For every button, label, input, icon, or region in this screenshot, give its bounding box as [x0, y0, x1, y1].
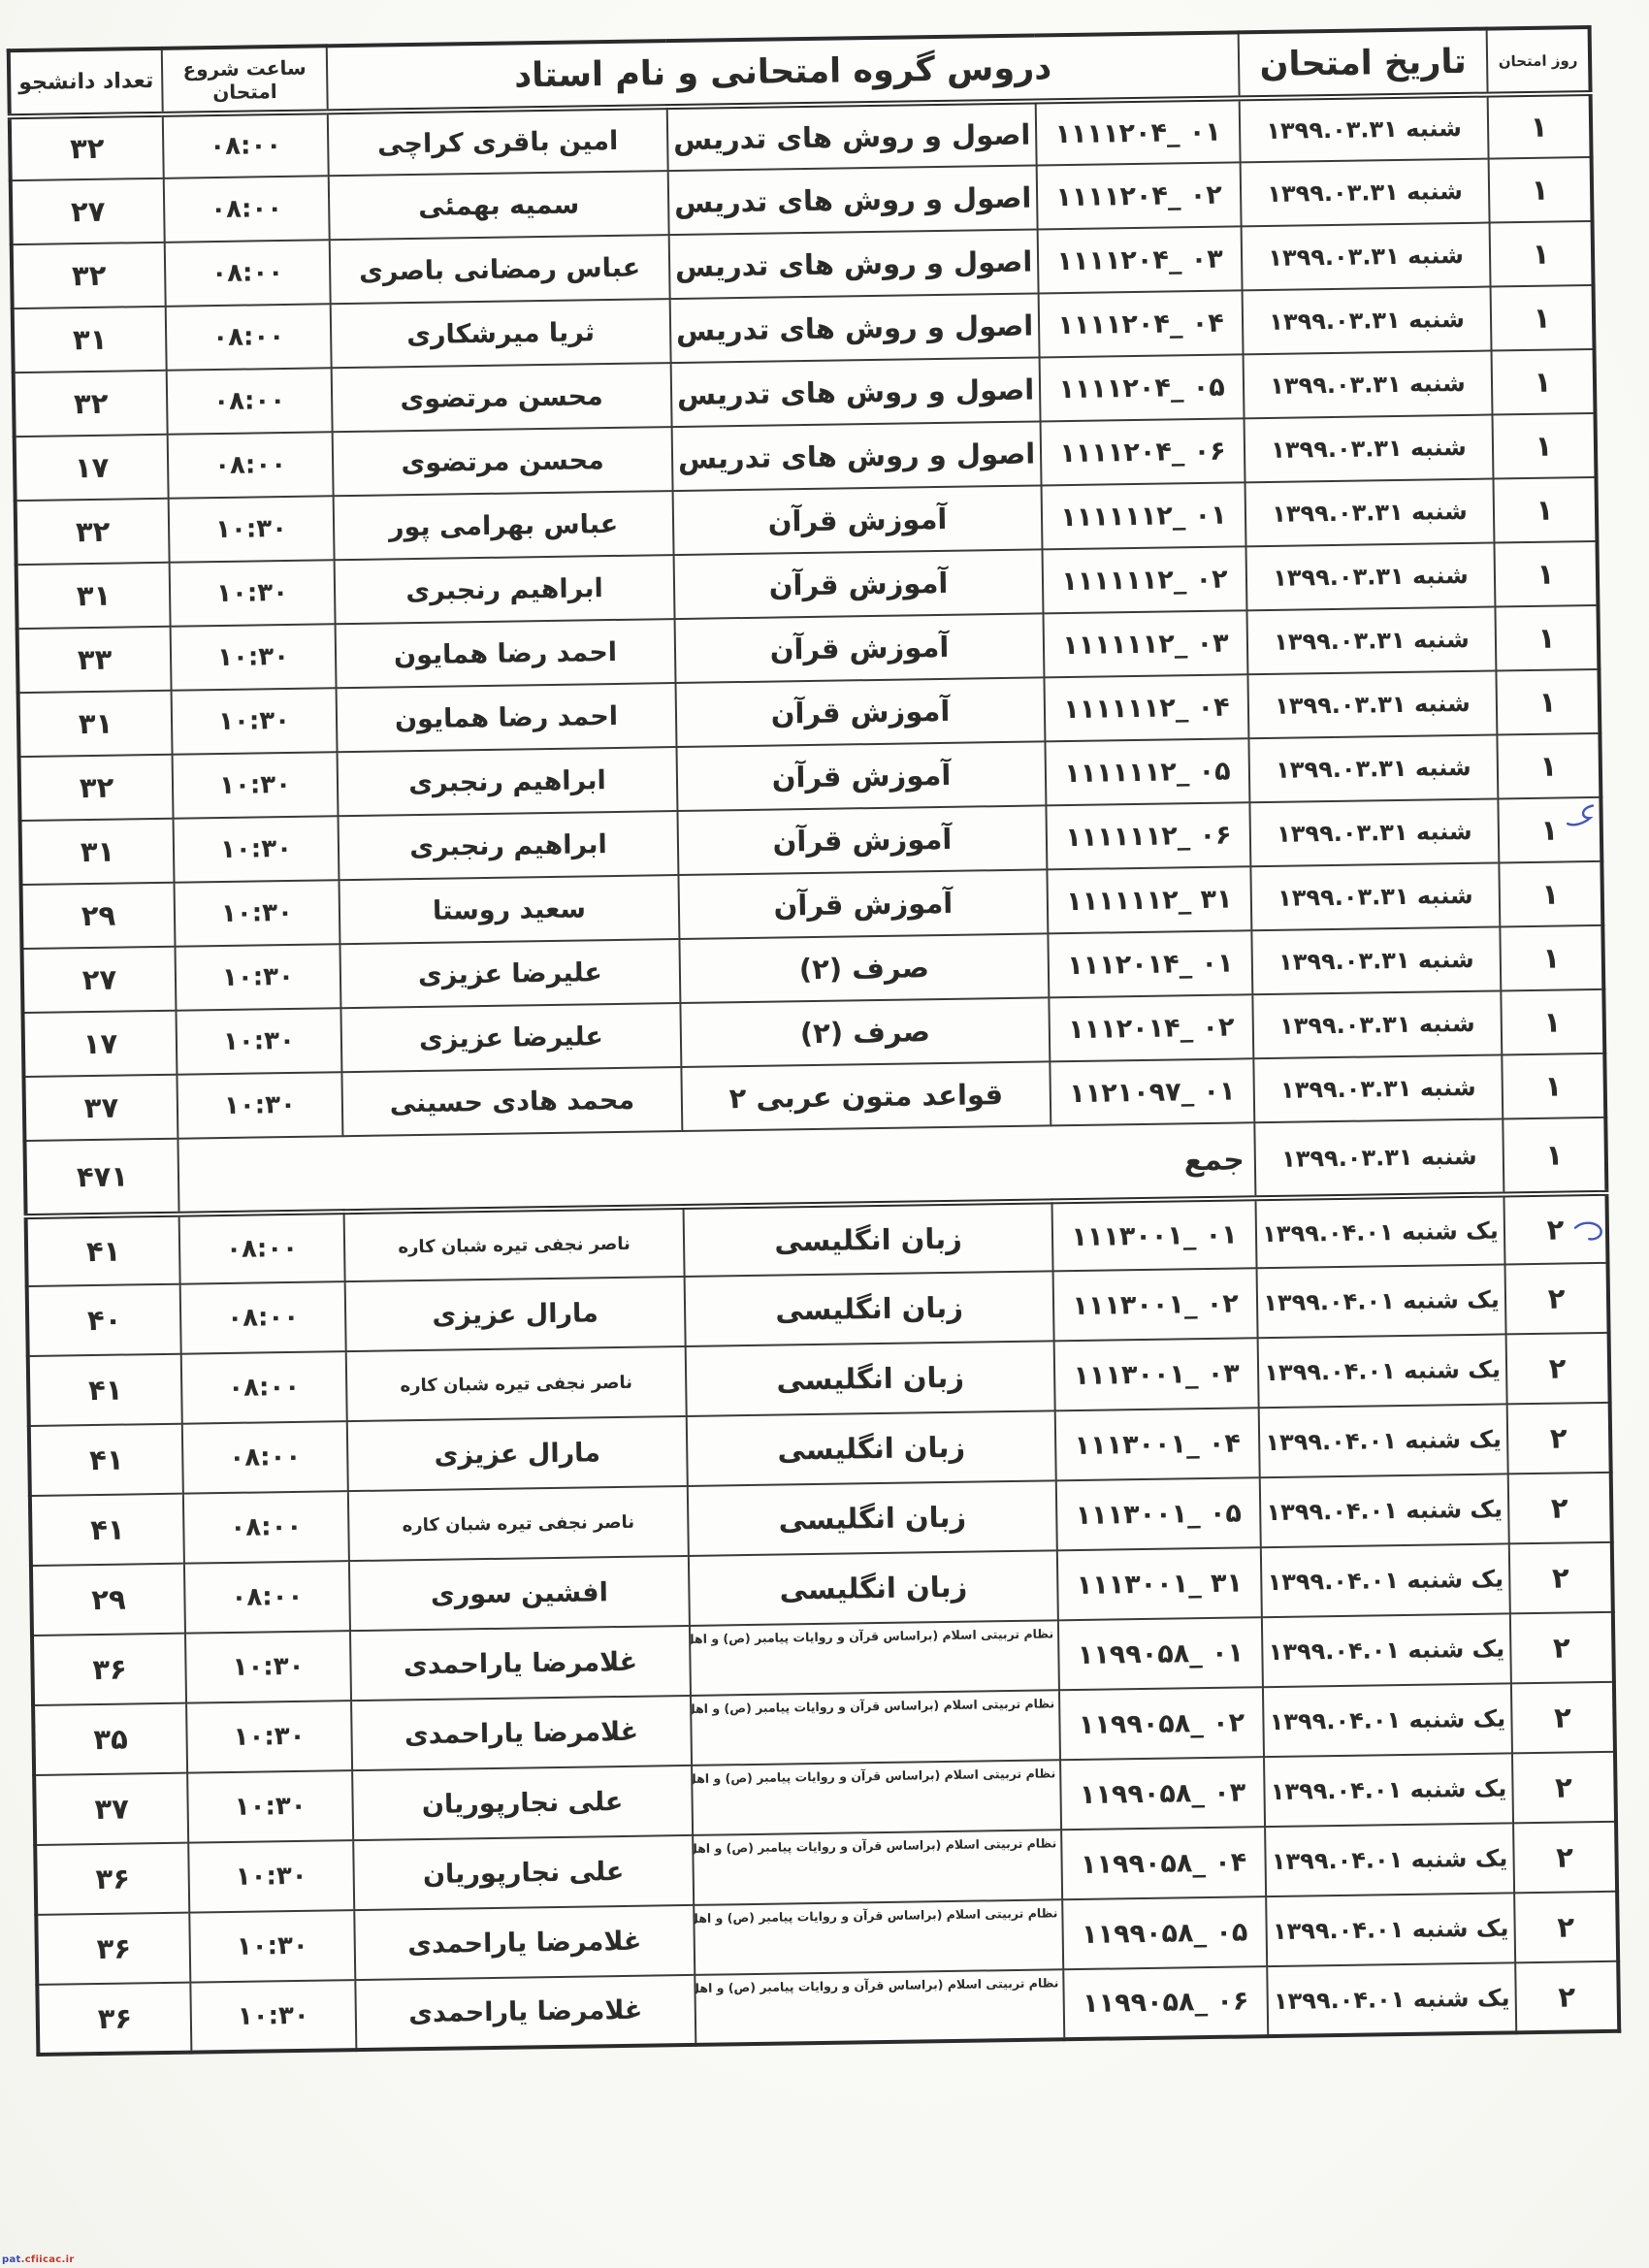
exam-day-number: ۱ — [1489, 157, 1593, 223]
student-count: ۳۲ — [14, 371, 168, 437]
professor-name: ناصر نجفی تیره شبان کاره — [344, 1207, 685, 1281]
course-code: ۱۱۱۱۲۰۴_ ۰۵ — [1040, 354, 1245, 421]
student-count: ۴۱ — [28, 1354, 182, 1426]
course-name: زبان انگلیسی — [687, 1410, 1056, 1486]
student-count: ۳۲ — [16, 499, 170, 565]
exam-date: شنبه ۱۳۹۹.۰۳.۳۱ — [1246, 607, 1496, 675]
exam-day-number: ۲ — [1511, 1682, 1615, 1754]
course-name: زبان انگلیسی — [684, 1201, 1053, 1277]
course-name: اصول و روش های تدریس — [671, 357, 1041, 427]
student-count: ۲۹ — [31, 1564, 185, 1636]
start-time: ۱۰:۳۰ — [186, 1701, 352, 1773]
student-count: ۳۶ — [35, 1843, 189, 1915]
student-count: ۳۶ — [32, 1634, 186, 1705]
student-count: ۳۱ — [16, 563, 171, 629]
exam-date: شنبه ۱۳۹۹.۰۳.۳۱ — [1245, 479, 1495, 547]
course-code: ۱۱۹۹۰۵۸_ ۰۵ — [1062, 1896, 1267, 1969]
start-time: ۱۰:۳۰ — [177, 1072, 342, 1139]
course-code: ۱۱۱۱۲۰۴_ ۰۳ — [1038, 226, 1243, 293]
course-name: قواعد متون عربی ۲ — [681, 1061, 1051, 1131]
exam-date: شنبه ۱۳۹۹.۰۳.۳۱ — [1251, 926, 1501, 994]
exam-date: یک شنبه ۱۳۹۹.۰۴.۰۱ — [1257, 1264, 1506, 1338]
professor-name: ثریا میرشکاری — [331, 299, 671, 368]
professor-name: عباس بهرامی پور — [334, 491, 674, 560]
exam-day-number: ۲ — [1509, 1542, 1613, 1614]
exam-date: یک شنبه ۱۳۹۹.۰۴.۰۱ — [1260, 1474, 1509, 1547]
course-name: نظام تربیتی اسلام (براساس قرآن و روایات … — [695, 1969, 1064, 2045]
exam-date: یک شنبه ۱۳۹۹.۰۴.۰۱ — [1259, 1404, 1508, 1477]
course-code: ۱۱۱۱۱۱۲_ ۰۱ — [1042, 482, 1246, 549]
exam-day-number: ۲ — [1513, 1822, 1617, 1894]
start-time: ۰۸:۰۰ — [166, 304, 332, 371]
site-watermark-part2: .cfiicac.ir — [21, 2254, 75, 2265]
start-time: ۱۰:۳۰ — [187, 1770, 353, 1843]
exam-day-number: ۲ — [1507, 1403, 1611, 1474]
student-count: ۴۰ — [27, 1284, 181, 1356]
header-exam-day: روز امتحان — [1487, 27, 1591, 95]
exam-day-number: ۲ — [1508, 1473, 1612, 1544]
student-count: ۳۲ — [10, 114, 164, 180]
exam-day-number: ۱ — [1496, 669, 1600, 735]
course-code: ۱۱۱۲۰۱۴_ ۰۱ — [1048, 930, 1252, 997]
professor-name: محسن مرتضوی — [333, 427, 673, 496]
exam-date: شنبه ۱۳۹۹.۰۳.۳۱ — [1254, 1118, 1503, 1198]
professor-name: ناصر نجفی تیره شبان کاره — [348, 1486, 689, 1561]
exam-table-body: ۱شنبه ۱۳۹۹.۰۳.۳۱۱۱۱۱۲۰۴_ ۰۱اصول و روش ها… — [10, 93, 1619, 2055]
professor-name: ابراهیم رنجبری — [338, 747, 678, 816]
professor-name: سعید روستا — [339, 875, 679, 944]
exam-date: شنبه ۱۳۹۹.۰۳.۳۱ — [1250, 862, 1500, 930]
course-name: نظام تربیتی اسلام (براساس قرآن و روایات … — [691, 1690, 1060, 1766]
header-student-count: تعداد دانشجو — [9, 49, 163, 116]
student-count: ۳۶ — [37, 1983, 191, 2055]
student-count: ۳۱ — [18, 691, 173, 757]
exam-schedule-table: روز امتحان تاریخ امتحان دروس گروه امتحان… — [7, 25, 1622, 2057]
exam-day-number: ۱ — [1503, 1118, 1606, 1195]
student-count: ۳۲ — [19, 755, 174, 821]
course-code: ۱۱۱۱۲۰۴_ ۰۶ — [1041, 418, 1245, 485]
exam-date: شنبه ۱۳۹۹.۰۳.۳۱ — [1241, 159, 1490, 227]
exam-day-number: ۲ — [1515, 1961, 1619, 2033]
professor-name: مارال عزیزی — [347, 1416, 688, 1491]
professor-name: علیرضا عزیزی — [340, 1003, 681, 1072]
professor-name: عباس رمضانی باصری — [330, 235, 670, 304]
course-code: ۱۱۱۳۰۰۱_ ۰۵ — [1056, 1477, 1261, 1550]
start-time: ۰۸:۰۰ — [182, 1421, 348, 1494]
start-time: ۱۰:۳۰ — [172, 688, 338, 755]
exam-day-number: ۱ — [1491, 285, 1595, 351]
course-name: صرف (۲) — [679, 933, 1049, 1003]
course-name: آموزش قرآن — [675, 613, 1045, 683]
course-name: زبان انگلیسی — [686, 1341, 1055, 1416]
exam-day-number: ۱ — [1493, 477, 1597, 543]
start-time: ۱۰:۳۰ — [176, 1008, 341, 1075]
course-name: زبان انگلیسی — [688, 1480, 1057, 1556]
header-start-time: ساعت شروع امتحان — [162, 46, 328, 114]
exam-date: شنبه ۱۳۹۹.۰۳.۳۱ — [1247, 670, 1497, 738]
course-code: ۱۱۹۹۰۵۸_ ۰۴ — [1061, 1827, 1266, 1899]
professor-name: سمیه بهمئی — [329, 171, 669, 240]
site-watermark-part1: pat — [2, 2254, 21, 2265]
exam-day-number: ۱ — [1497, 733, 1600, 799]
exam-day-number: ۲ — [1512, 1752, 1616, 1824]
professor-name: افشین سوری — [349, 1556, 690, 1631]
exam-day-number: ۱ — [1500, 925, 1603, 991]
course-code: ۱۱۱۱۲۰۴_ ۰۱ — [1036, 98, 1241, 165]
start-time: ۰۸:۰۰ — [163, 112, 329, 178]
scanned-exam-schedule-page: روز امتحان تاریخ امتحان دروس گروه امتحان… — [0, 0, 1649, 2268]
exam-date: شنبه ۱۳۹۹.۰۳.۳۱ — [1245, 415, 1494, 483]
professor-name: امین باقری کراچی — [328, 107, 668, 176]
exam-date: یک شنبه ۱۳۹۹.۰۴.۰۱ — [1266, 1893, 1515, 1966]
start-time: ۱۰:۳۰ — [169, 496, 335, 563]
course-code: ۱۱۱۱۱۱۲_ ۰۲ — [1043, 546, 1247, 613]
exam-day-number: ۲ — [1503, 1193, 1607, 1265]
course-code: ۱۱۹۹۰۵۸_ ۰۶ — [1063, 1966, 1268, 2039]
course-code: ۱۱۲۱۰۹۷_ ۰۱ — [1050, 1058, 1254, 1125]
start-time: ۱۰:۳۰ — [189, 1910, 355, 1983]
exam-day-number: ۲ — [1510, 1612, 1614, 1684]
student-count: ۳۲ — [12, 243, 166, 308]
course-name: آموزش قرآن — [677, 741, 1047, 811]
course-code: ۱۱۹۹۰۵۸_ ۰۱ — [1058, 1617, 1263, 1690]
start-time: ۰۸:۰۰ — [168, 432, 334, 499]
professor-name: غلامرضا یاراحمدی — [354, 1905, 695, 1980]
start-time: ۱۰:۳۰ — [174, 816, 339, 883]
course-code: ۱۱۱۱۱۱۲_ ۰۵ — [1045, 738, 1249, 805]
exam-date: شنبه ۱۳۹۹.۰۳.۳۱ — [1243, 287, 1492, 355]
student-count: ۲۷ — [22, 947, 177, 1013]
student-count: ۲۹ — [21, 883, 176, 949]
exam-date: شنبه ۱۳۹۹.۰۳.۳۱ — [1240, 95, 1489, 163]
course-name: نظام تربیتی اسلام (براساس قرآن و روایات … — [694, 1899, 1063, 1975]
exam-date: یک شنبه ۱۳۹۹.۰۴.۰۱ — [1265, 1823, 1514, 1896]
exam-day-number: ۱ — [1495, 605, 1599, 671]
course-code: ۱۱۱۳۰۰۱_ ۰۴ — [1055, 1408, 1260, 1480]
professor-name: علی نجارپوریان — [353, 1835, 694, 1910]
exam-date: یک شنبه ۱۳۹۹.۰۴.۰۱ — [1261, 1543, 1510, 1617]
student-count: ۴۷۱ — [24, 1139, 178, 1216]
start-time: ۱۰:۳۰ — [190, 1980, 356, 2053]
student-count: ۳۷ — [34, 1773, 188, 1845]
course-code: ۱۱۱۳۰۰۱_ ۰۲ — [1053, 1268, 1258, 1341]
start-time: ۰۸:۰۰ — [184, 1561, 350, 1634]
course-code: ۱۱۹۹۰۵۸_ ۰۳ — [1060, 1757, 1265, 1830]
professor-name: مارال عزیزی — [345, 1277, 686, 1351]
student-count: ۳۱ — [20, 819, 175, 885]
exam-day-number: ۱ — [1499, 861, 1602, 927]
start-time: ۱۰:۳۰ — [185, 1631, 351, 1703]
start-time: ۱۰:۳۰ — [173, 752, 339, 819]
course-name: صرف (۲) — [680, 997, 1050, 1067]
professor-name: محمد هادی حسینی — [341, 1067, 682, 1136]
exam-day-number: ۲ — [1505, 1263, 1609, 1335]
start-time: ۰۸:۰۰ — [165, 240, 331, 307]
exam-day-number: ۱ — [1498, 797, 1601, 863]
start-time: ۰۸:۰۰ — [181, 1351, 347, 1424]
course-code: ۱۱۱۳۰۰۱_ ۳۱ — [1057, 1547, 1262, 1620]
student-count: ۲۷ — [11, 178, 165, 244]
exam-date: یک شنبه ۱۳۹۹.۰۴.۰۱ — [1258, 1334, 1507, 1408]
course-name: نظام تربیتی اسلام (براساس قرآن و روایات … — [692, 1760, 1061, 1835]
course-name: اصول و روش های تدریس — [670, 293, 1040, 363]
course-name: زبان انگلیسی — [689, 1550, 1058, 1626]
start-time: ۱۰:۳۰ — [175, 944, 340, 1011]
start-time: ۰۸:۰۰ — [164, 176, 330, 243]
start-time: ۰۸:۰۰ — [167, 368, 333, 435]
course-code: ۱۱۱۱۱۱۲_ ۳۱ — [1047, 866, 1251, 933]
student-count: ۴۱ — [29, 1424, 183, 1496]
exam-day-number: ۱ — [1502, 1053, 1605, 1119]
professor-name: ابراهیم رنجبری — [335, 555, 675, 624]
site-watermark: pat.cfiicac.ir — [2, 2254, 75, 2265]
course-code: ۱۱۱۱۲۰۴_ ۰۲ — [1037, 162, 1242, 229]
exam-day-number: ۱ — [1501, 989, 1604, 1055]
start-time: ۰۸:۰۰ — [180, 1281, 346, 1354]
professor-name: غلامرضا یاراحمدی — [351, 1696, 692, 1770]
exam-date: یک شنبه ۱۳۹۹.۰۴.۰۱ — [1262, 1613, 1511, 1687]
course-name: اصول و روش های تدریس — [668, 165, 1038, 235]
student-count: ۳۶ — [36, 1913, 190, 1985]
exam-date: شنبه ۱۳۹۹.۰۳.۳۱ — [1253, 1054, 1503, 1122]
course-name: زبان انگلیسی — [685, 1271, 1054, 1346]
professor-name: احمد رضا همایون — [336, 619, 676, 688]
course-name: اصول و روش های تدریس — [669, 229, 1039, 299]
course-name: اصول و روش های تدریس — [672, 421, 1042, 491]
start-time: ۰۸:۰۰ — [183, 1491, 349, 1564]
start-time: ۱۰:۳۰ — [188, 1840, 354, 1913]
course-code: ۱۱۹۹۰۵۸_ ۰۲ — [1059, 1687, 1264, 1760]
course-code: ۱۱۱۲۰۱۴_ ۰۲ — [1049, 994, 1253, 1061]
exam-day-number: ۲ — [1506, 1333, 1610, 1405]
professor-name: ناصر نجفی تیره شبان کاره — [346, 1346, 687, 1421]
start-time: ۰۸:۰۰ — [179, 1212, 345, 1284]
exam-date: شنبه ۱۳۹۹.۰۳.۳۱ — [1244, 351, 1493, 419]
course-name: آموزش قرآن — [673, 485, 1043, 555]
professor-name: احمد رضا همایون — [337, 683, 677, 752]
course-name: آموزش قرآن — [678, 869, 1048, 939]
student-count: ۴۱ — [30, 1494, 184, 1566]
exam-day-number: ۱ — [1492, 349, 1596, 415]
exam-day-number: ۱ — [1494, 541, 1598, 607]
header-exam-date: تاریخ امتحان — [1239, 29, 1488, 99]
course-code: ۱۱۱۱۱۱۲_ ۰۶ — [1046, 802, 1250, 869]
exam-date: یک شنبه ۱۳۹۹.۰۴.۰۱ — [1255, 1194, 1504, 1268]
student-count: ۳۷ — [23, 1075, 178, 1141]
course-name: نظام تربیتی اسلام (براساس قرآن و روایات … — [690, 1620, 1059, 1696]
exam-schedule-table-wrap: روز امتحان تاریخ امتحان دروس گروه امتحان… — [7, 25, 1618, 2057]
course-name: آموزش قرآن — [676, 677, 1046, 747]
exam-day-number: ۲ — [1514, 1892, 1618, 1963]
exam-day-number: ۱ — [1493, 413, 1597, 479]
exam-day-number: ۱ — [1490, 221, 1594, 287]
course-name: اصول و روش های تدریس — [667, 101, 1037, 171]
student-count: ۴۱ — [26, 1215, 180, 1286]
exam-date: یک شنبه ۱۳۹۹.۰۴.۰۱ — [1267, 1962, 1516, 2036]
course-code: ۱۱۱۳۰۰۱_ ۰۱ — [1051, 1198, 1256, 1271]
exam-date: شنبه ۱۳۹۹.۰۳.۳۱ — [1252, 990, 1502, 1058]
student-count: ۱۷ — [22, 1011, 177, 1077]
exam-date: شنبه ۱۳۹۹.۰۳.۳۱ — [1246, 543, 1496, 611]
professor-name: محسن مرتضوی — [332, 363, 672, 432]
course-code: ۱۱۱۱۲۰۴_ ۰۴ — [1039, 290, 1244, 357]
exam-date: شنبه ۱۳۹۹.۰۳.۳۱ — [1249, 798, 1499, 866]
professor-name: علی نجارپوریان — [352, 1766, 693, 1840]
student-count: ۳۳ — [17, 627, 172, 693]
exam-day-number: ۱ — [1488, 93, 1592, 159]
professor-name: غلامرضا یاراحمدی — [350, 1626, 691, 1701]
exam-date: شنبه ۱۳۹۹.۰۳.۳۱ — [1242, 223, 1491, 291]
professor-name: غلامرضا یاراحمدی — [355, 1975, 695, 2050]
start-time: ۱۰:۳۰ — [171, 624, 337, 691]
student-count: ۳۱ — [13, 307, 167, 373]
start-time: ۱۰:۳۰ — [170, 560, 336, 627]
start-time: ۱۰:۳۰ — [175, 880, 340, 947]
professor-name: علیرضا عزیزی — [339, 939, 680, 1008]
student-count: ۳۵ — [33, 1703, 187, 1775]
course-code: ۱۱۱۱۱۱۲_ ۰۳ — [1044, 610, 1248, 677]
course-name: نظام تربیتی اسلام (براساس قرآن و روایات … — [693, 1830, 1062, 1905]
course-code: ۱۱۱۳۰۰۱_ ۰۳ — [1054, 1338, 1259, 1410]
course-code: ۱۱۱۱۱۱۲_ ۰۴ — [1044, 674, 1248, 741]
course-name: آموزش قرآن — [677, 805, 1047, 875]
student-count: ۱۷ — [15, 435, 169, 501]
professor-name: ابراهیم رنجبری — [339, 811, 679, 880]
course-name: آموزش قرآن — [674, 549, 1044, 619]
exam-date: یک شنبه ۱۳۹۹.۰۴.۰۱ — [1264, 1753, 1513, 1827]
exam-date: یک شنبه ۱۳۹۹.۰۴.۰۱ — [1263, 1683, 1512, 1757]
exam-date: شنبه ۱۳۹۹.۰۳.۳۱ — [1248, 734, 1498, 802]
